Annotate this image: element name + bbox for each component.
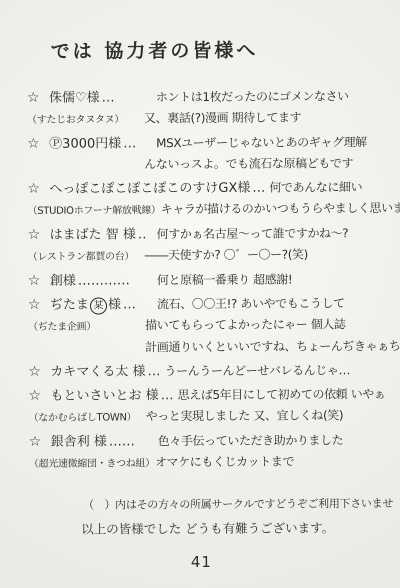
entry-dots: …… (109, 431, 135, 452)
entry-cont-line: （なかむらばしTOWN）やっと実現しました 又、宜しくね(笑) (1, 405, 400, 429)
entry-affiliation: （レストラン都賀の台） (28, 246, 145, 268)
page: では 協力者の皆様へ ☆ 侏儒♡様 … ホントは1枚だったのにゴメンなさい （す… (0, 0, 400, 588)
credit-entry: ☆ 侏儒♡様 … ホントは1枚だったのにゴメンなさい （すたじおタヌタヌ）又、裏… (0, 86, 399, 131)
star-icon: ☆ (29, 432, 51, 453)
star-icon: ☆ (28, 225, 50, 246)
credit-entry: ☆ ぢたま 某 様 … 流石、〇〇王!? あいやでもこうして （ぢたま企画）描い… (0, 293, 400, 359)
entry-name: 銀舎利 様 …… (51, 431, 158, 453)
entry-cont-lines: （すたじおタヌタヌ）又、裏話(?)漫画 期待してます (0, 107, 399, 131)
entry-comment: MSXユーザーじゃないとあのギャグ理解 (156, 132, 367, 154)
credit-entry: ☆ 創様 ………… 何と原稿一番乗り 超感謝! (0, 269, 400, 292)
star-icon: ☆ (28, 295, 50, 316)
entry-first-line: ☆ カキマくる太 様 … うーんうーんどーせバレるんじゃ… (0, 360, 400, 383)
entry-name-pre: カキマくる太 様 (50, 361, 145, 382)
credit-entry: ☆ もといさいとお 様 … 思えば5年目にして初めての依頼 いやぁ （なかむらば… (0, 384, 400, 429)
footer-note-thanks: 以上の皆様でした どうも有難うございます。 (81, 518, 400, 538)
entry-comment: 色々手伝っていただき助かりました (158, 430, 344, 452)
entry-comment: オマケにもくじカットまで (155, 452, 294, 474)
entry-name: へっぽこぽこぽこぽこのすけGX様 … (49, 178, 269, 200)
entry-comment: 又、裏話(?)漫画 期待してます (144, 107, 301, 129)
entry-affiliation: （超光速微縮団・きつね組） (29, 453, 155, 475)
credit-entry: ☆ 銀舎利 様 …… 色々手伝っていただき助かりました （超光速微縮団・きつね組… (1, 430, 400, 475)
credit-entry: ☆ はまばた 智 様 ‥ 何すかぁ名古屋〜って誰ですかね〜? （レストラン都賀の… (0, 223, 400, 268)
entry-comment: 何すかぁ名古屋〜って誰ですかね〜? (157, 223, 349, 245)
entry-comment: 何と原稿一番乗り 超感謝! (157, 270, 293, 292)
entry-first-line: ☆ 侏儒♡様 … ホントは1枚だったのにゴメンなさい (0, 86, 399, 109)
entry-comment: 流石、〇〇王!? あいやでもこうして (157, 293, 345, 315)
entry-name-pre: 侏儒♡様 (49, 88, 100, 109)
entry-affiliation: （なかむらばしTOWN） (29, 407, 146, 429)
entry-name-post: 様 (108, 294, 121, 315)
entry-comment: ホントは1枚だったのにゴメンなさい (156, 86, 349, 108)
entry-comment: 何であんなに細い (269, 177, 362, 198)
entry-name: 創様 ………… (50, 270, 157, 292)
credit-entry: ☆ カキマくる太 様 … うーんうーんどーせバレるんじゃ… (0, 360, 400, 383)
star-icon: ☆ (27, 134, 49, 155)
entry-name-pre: もといさいとお 様 (50, 385, 158, 407)
entry-cont-line: 計画通りいくといいですね、ちょーんぢきゃぁちざ… (0, 336, 400, 359)
entry-dots: … (147, 361, 160, 382)
entry-affiliation (27, 168, 144, 169)
entry-first-line: ☆ Ⓟ3000円様 … MSXユーザーじゃないとあのギャグ理解 (0, 132, 399, 155)
entry-first-line: ☆ 銀舎利 様 …… 色々手伝っていただき助かりました (1, 430, 400, 453)
entry-name-pre: ぢたま (50, 295, 89, 316)
page-content: では 協力者の皆様へ ☆ 侏儒♡様 … ホントは1枚だったのにゴメンなさい （す… (0, 35, 400, 572)
entry-comment: 思えば5年目にして初めての依頼 いやぁ (178, 384, 386, 406)
entry-name-pre: Ⓟ3000円様 (49, 133, 121, 154)
entry-dots: ………… (78, 270, 130, 291)
entry-comment: 描いてもらってよかったにゃー 個人誌 (145, 314, 345, 336)
entry-dots: ‥ (138, 224, 147, 245)
entry-cont-lines: （なかむらばしTOWN）やっと実現しました 又、宜しくね(笑) (1, 405, 400, 429)
entry-name: はまばた 智 様 ‥ (50, 224, 157, 246)
entry-name-pre: 創様 (50, 271, 76, 292)
entry-first-line: ☆ ぢたま 某 様 … 流石、〇〇王!? あいやでもこうして (0, 293, 400, 316)
star-icon: ☆ (28, 386, 50, 407)
entry-comment: うーんうーんどーせバレるんじゃ… (164, 360, 350, 382)
page-number: 41 (1, 552, 400, 572)
entry-name-pre: へっぽこぽこぽこぽこのすけGX様 (49, 178, 250, 200)
entry-dots: … (102, 87, 115, 108)
entry-comment: 計画通りいくといいですね、ちょーんぢきゃぁちざ… (145, 336, 400, 358)
star-icon: ☆ (28, 271, 50, 292)
credits-list: ☆ 侏儒♡様 … ホントは1枚だったのにゴメンなさい （すたじおタヌタヌ）又、裏… (0, 86, 400, 475)
star-icon: ☆ (27, 179, 49, 200)
entry-cont-line: （レストラン都賀の台）――天使すか? 〇゛ー〇ー?(笑) (0, 244, 400, 268)
entry-comment: やっと実現しました 又、宜しくね(笑) (146, 405, 344, 427)
entry-cont-line: （すたじおタヌタヌ）又、裏話(?)漫画 期待してます (0, 107, 399, 131)
entry-cont-lines: （ぢたま企画）描いてもらってよかったにゃー 個人誌計画通りいくといいですね、ちょ… (0, 314, 400, 359)
entry-cont-line: （STUDIOホフーナ解放戦線）キャラが描けるのかいつもうらやましく思います (0, 198, 400, 222)
entry-affiliation (28, 351, 145, 352)
entry-first-line: ☆ もといさいとお 様 … 思えば5年目にして初めての依頼 いやぁ (0, 384, 400, 407)
entry-name: もといさいとお 様 … (50, 385, 177, 407)
entry-first-line: ☆ へっぽこぽこぽこぽこのすけGX様 … 何であんなに細い (0, 177, 399, 200)
entry-name: カキマくる太 様 … (50, 361, 164, 383)
page-title: では 協力者の皆様へ (51, 35, 399, 64)
entry-name-pre: はまばた 智 様 (50, 224, 136, 245)
credit-entry: ☆ へっぽこぽこぽこぽこのすけGX様 … 何であんなに細い （STUDIOホフー… (0, 177, 400, 222)
entry-cont-lines: （超光速微縮団・きつね組）オマケにもくじカットまで (1, 451, 400, 475)
entry-affiliation: （すたじおタヌタヌ） (27, 109, 144, 131)
entry-name: Ⓟ3000円様 … (49, 133, 156, 155)
entry-name-circled: 某 (90, 297, 107, 314)
entry-first-line: ☆ 創様 ………… 何と原稿一番乗り 超感謝! (0, 269, 400, 292)
entry-affiliation: （STUDIOホフーナ解放戦線） (27, 200, 160, 222)
entry-comment: キャラが描けるのかいつもうらやましく思います (161, 198, 400, 220)
entry-cont-lines: （レストラン都賀の台）――天使すか? 〇゛ー〇ー?(笑) (0, 244, 400, 268)
entry-cont-lines: （STUDIOホフーナ解放戦線）キャラが描けるのかいつもうらやましく思います (0, 198, 400, 222)
entry-dots: … (252, 178, 265, 199)
footer: （ ）内はその方々の所属サークルですどうぞご利用下さいませ 以上の皆様でした ど… (1, 495, 400, 572)
entry-first-line: ☆ はまばた 智 様 ‥ 何すかぁ名古屋〜って誰ですかね〜? (0, 223, 400, 246)
entry-name: ぢたま 某 様 … (50, 294, 157, 316)
entry-name-pre: 銀舎利 様 (51, 431, 107, 452)
entry-cont-line: （超光速微縮団・きつね組）オマケにもくじカットまで (1, 451, 400, 475)
entry-dots: … (123, 294, 136, 315)
entry-affiliation: （ぢたま企画） (28, 316, 145, 338)
star-icon: ☆ (27, 88, 49, 109)
entry-cont-line: んないっスよ。でも流石な原稿どもです (0, 153, 399, 176)
entry-name: 侏儒♡様 … (49, 87, 156, 109)
entry-comment: ――天使すか? 〇゛ー〇ー?(笑) (145, 244, 308, 266)
entry-dots: … (161, 385, 174, 406)
entry-dots: … (123, 133, 136, 154)
footer-note-circles: （ ）内はその方々の所属サークルですどうぞご利用下さいませ (83, 495, 400, 513)
entry-cont-line: （ぢたま企画）描いてもらってよかったにゃー 個人誌 (0, 314, 400, 338)
credit-entry: ☆ Ⓟ3000円様 … MSXユーザーじゃないとあのギャグ理解 んないっスよ。で… (0, 132, 399, 176)
entry-cont-lines: んないっスよ。でも流石な原稿どもです (0, 153, 399, 176)
star-icon: ☆ (28, 362, 50, 383)
entry-comment: んないっスよ。でも流石な原稿どもです (144, 153, 353, 175)
